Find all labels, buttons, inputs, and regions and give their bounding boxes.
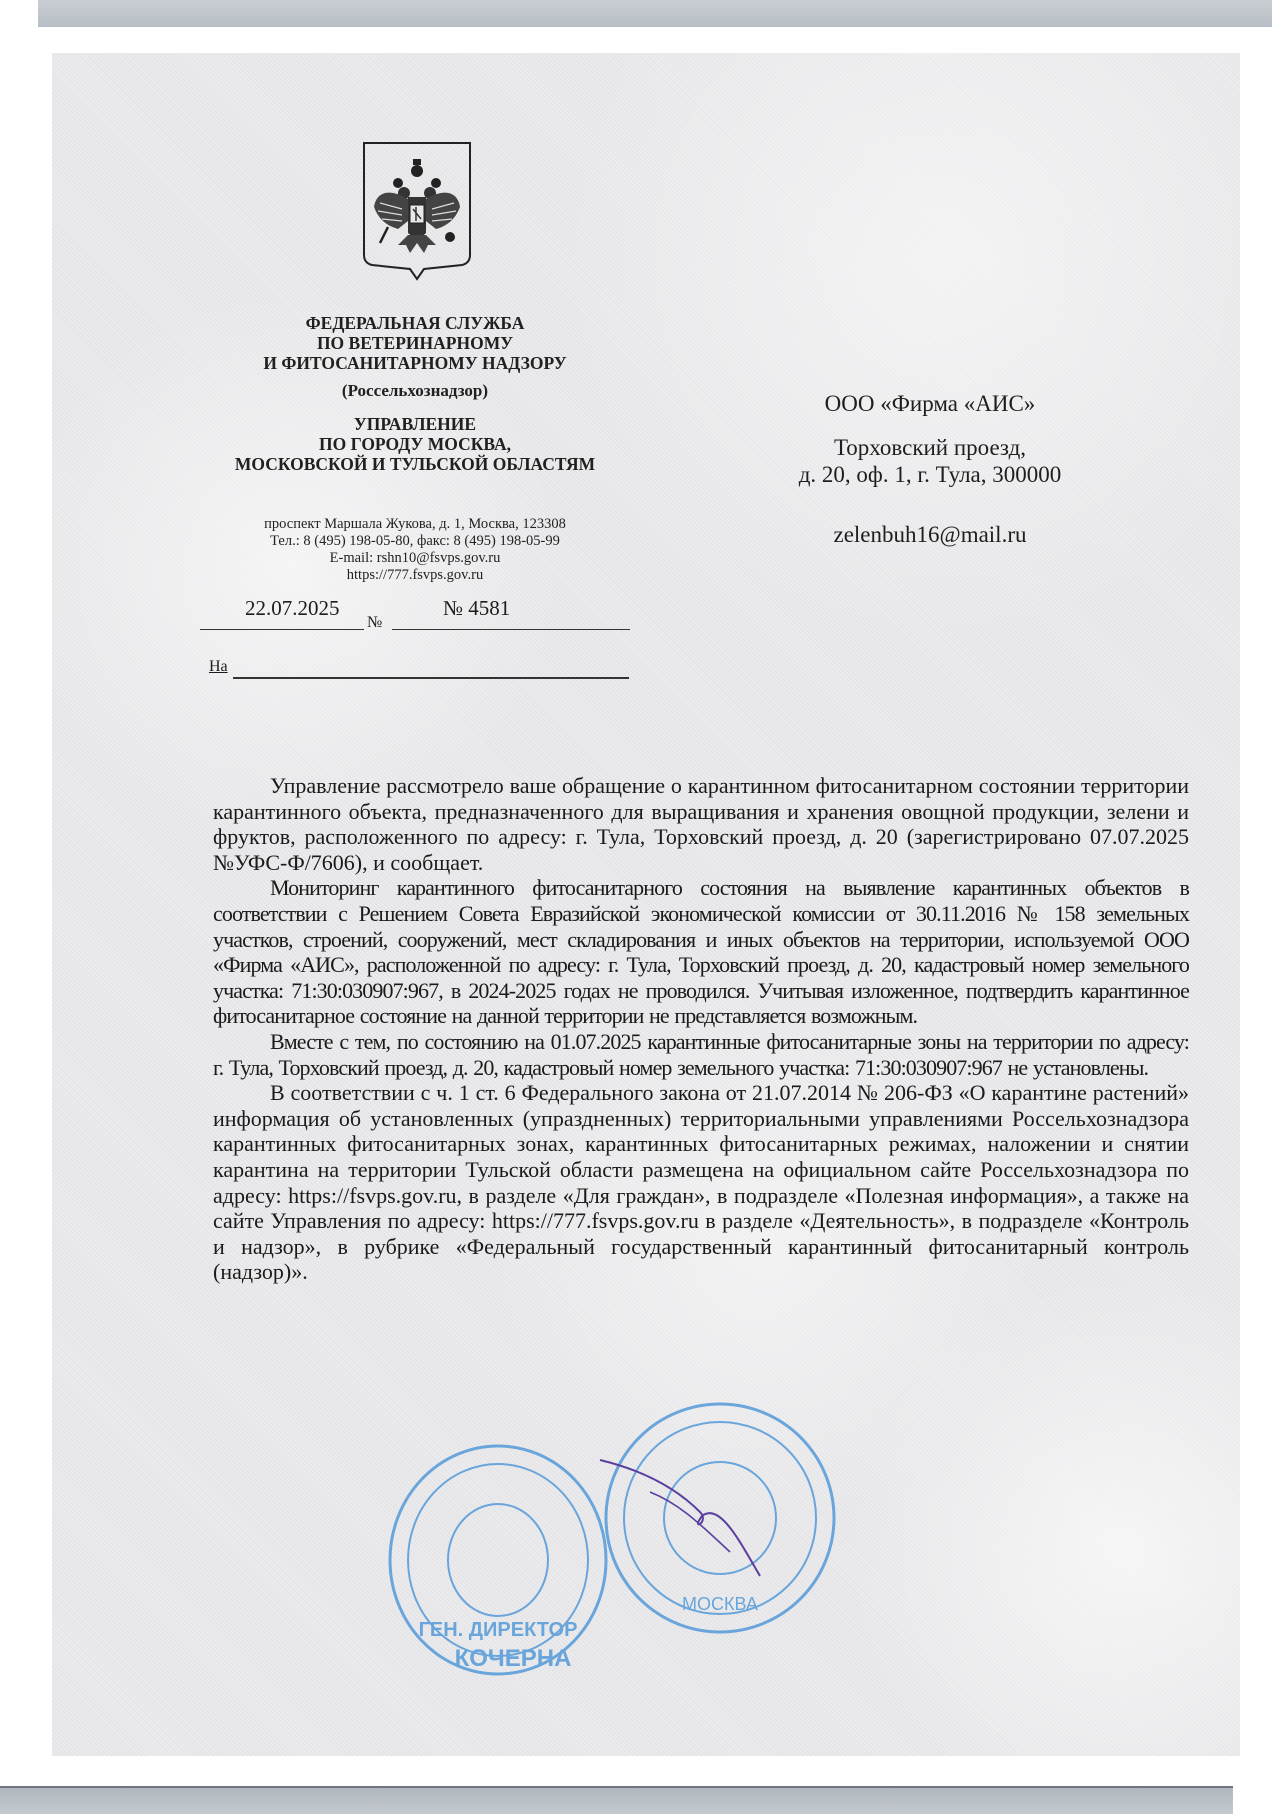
registration-row: 22.07.2025 № № 4581	[200, 596, 630, 636]
recipient-email: zelenbuh16@mail.ru	[760, 521, 1100, 548]
sender-address: проспект Маршала Жукова, д. 1, Москва, 1…	[190, 516, 640, 533]
letter-date: 22.07.2025	[245, 596, 340, 621]
letter-body: Управление рассмотрело ваше обращение о …	[213, 773, 1189, 1285]
russian-coat-of-arms-icon	[358, 137, 476, 283]
department-line: УПРАВЛЕНИЕ	[190, 414, 640, 434]
scanner-top-edge	[38, 0, 1272, 27]
reply-to-row: На	[209, 658, 629, 682]
date-underline	[200, 629, 364, 630]
org-name-line: И ФИТОСАНИТАРНОМУ НАДЗОРУ	[190, 353, 640, 373]
sender-phone: Тел.: 8 (495) 198-05-80, факс: 8 (495) 1…	[190, 533, 640, 550]
department-line: ПО ГОРОДУ МОСКВА,	[190, 434, 640, 454]
sender-email: E-mail: rshn10@fsvps.gov.ru	[190, 550, 640, 567]
org-name-line: ПО ВЕТЕРИНАРНОМУ	[190, 333, 640, 353]
department-line: МОСКОВСКОЙ И ТУЛЬСКОЙ ОБЛАСТЯМ	[190, 454, 640, 474]
body-paragraph: В соответствии с ч. 1 ст. 6 Федерального…	[213, 1080, 1189, 1285]
sender-contacts: проспект Маршала Жукова, д. 1, Москва, 1…	[190, 516, 640, 584]
recipient-block: ООО «Фирма «АИС» Торховский проезд, д. 2…	[760, 390, 1100, 548]
recipient-address-line: д. 20, оф. 1, г. Тула, 300000	[760, 461, 1100, 488]
sender-organization: ФЕДЕРАЛЬНАЯ СЛУЖБА ПО ВЕТЕРИНАРНОМУ И ФИ…	[190, 313, 640, 474]
scanner-bottom-edge	[0, 1786, 1233, 1814]
sender-website: https://777.fsvps.gov.ru	[190, 567, 640, 584]
org-name-line: ФЕДЕРАЛЬНАЯ СЛУЖБА	[190, 313, 640, 333]
reply-to-label: На	[209, 658, 228, 676]
org-abbreviation: (Россельхознадзор)	[190, 381, 640, 401]
reply-to-underline	[233, 677, 629, 679]
number-sign-label: №	[367, 614, 382, 632]
body-paragraph: Управление рассмотрело ваше обращение о …	[213, 773, 1189, 875]
letter-number: № 4581	[443, 596, 510, 621]
recipient-company: ООО «Фирма «АИС»	[760, 390, 1100, 417]
body-paragraph: Мониторинг карантинного фитосанитарного …	[213, 875, 1189, 1029]
number-underline	[392, 629, 630, 630]
body-paragraph: Вместе с тем, по состоянию на 01.07.2025…	[213, 1029, 1189, 1080]
recipient-address-line: Торховский проезд,	[760, 434, 1100, 461]
